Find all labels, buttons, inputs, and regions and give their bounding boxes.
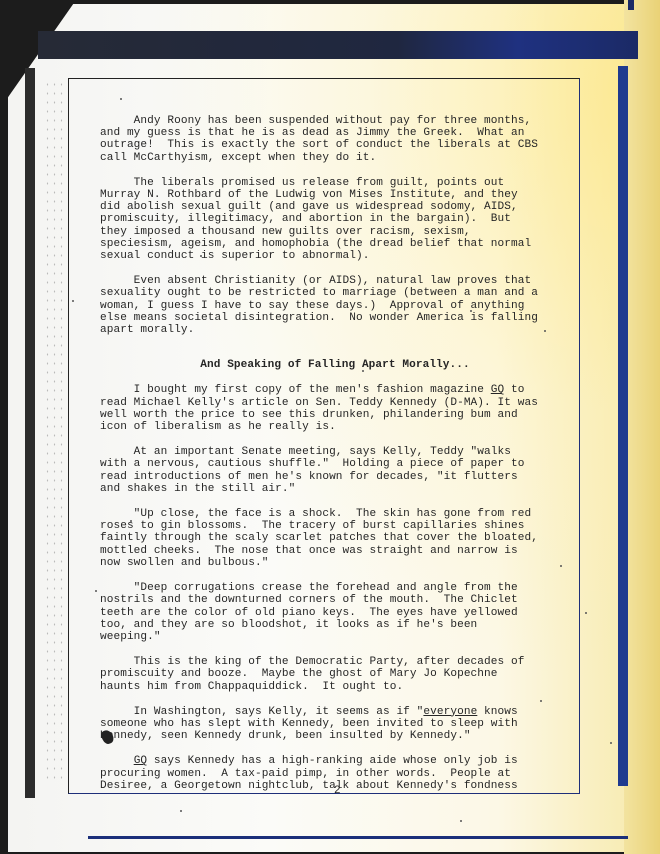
text-line: Kennedy, seen Kennedy drunk, been insult… <box>100 730 570 742</box>
photocopy-speck <box>610 742 612 744</box>
text-line: they imposed a thousand new guilts over … <box>100 226 570 238</box>
text-line: This is the king of the Democratic Party… <box>100 656 570 668</box>
paragraph-washington: In Washington, says Kelly, it seems as i… <box>100 706 570 743</box>
text-line: icon of liberalism as he really is. <box>100 421 570 433</box>
text-line: too, and they are so bloodshot, it looks… <box>100 619 570 631</box>
paragraph-corrugations: "Deep corrugations crease the forehead a… <box>100 582 570 643</box>
photocopy-speck <box>560 565 562 567</box>
paragraph-senate-meeting: At an important Senate meeting, says Kel… <box>100 446 570 495</box>
text-line: haunts him from Chappaquiddick. It ought… <box>100 681 570 693</box>
photocopy-speck <box>460 820 462 822</box>
paragraph-natural-law: Even absent Christianity (or AIDS), natu… <box>100 275 570 336</box>
text-line: did abolish sexual guilt (and gave us wi… <box>100 201 570 213</box>
page-number: 2 <box>334 785 341 797</box>
paragraphs-after-heading: I bought my first copy of the men's fash… <box>100 384 570 791</box>
photocopy-speck <box>544 330 546 332</box>
paper-edge-right <box>624 0 660 854</box>
scan-artifact-corner <box>628 0 634 10</box>
text-line: someone who has slept with Kennedy, been… <box>100 718 570 730</box>
photocopy-speck <box>130 520 132 522</box>
paragraphs-before-heading: Andy Roony has been suspended without pa… <box>100 115 570 336</box>
page-right-border-bar <box>618 66 628 786</box>
text-line: else means societal disintegration. No w… <box>100 312 570 324</box>
text-line: I bought my first copy of the men's fash… <box>100 384 570 396</box>
text-line: nostrils and the downturned corners of t… <box>100 594 570 606</box>
photocopy-noise <box>44 80 64 780</box>
text-line: call McCarthyism, except when they do it… <box>100 152 570 164</box>
text-line: well worth the price to see this drunken… <box>100 409 570 421</box>
text-line: and shakes in the still air." <box>100 483 570 495</box>
photocopy-speck <box>585 612 587 614</box>
photocopy-speck <box>72 300 74 302</box>
paragraph-gq-copy: I bought my first copy of the men's fash… <box>100 384 570 433</box>
page-bottom-border-rule <box>88 836 628 839</box>
paragraph-up-close: "Up close, the face is a shock. The skin… <box>100 508 570 569</box>
photocopy-speck <box>95 590 97 592</box>
text-line: outrage! This is exactly the sort of con… <box>100 139 570 151</box>
text-line: read introductions of men he's known for… <box>100 471 570 483</box>
text-line: read Michael Kelly's article on Sen. Ted… <box>100 397 570 409</box>
text-line: now swollen and bulbous." <box>100 557 570 569</box>
paragraph-king: This is the king of the Democratic Party… <box>100 656 570 693</box>
text-line: In Washington, says Kelly, it seems as i… <box>100 706 570 718</box>
text-line: GQ says Kennedy has a high-ranking aide … <box>100 755 570 767</box>
photocopy-speck <box>540 700 542 702</box>
photocopy-speck <box>120 98 122 100</box>
text-line: woman, I guess I have to say these days.… <box>100 300 570 312</box>
photocopy-speck <box>362 370 364 372</box>
photocopy-speck <box>470 310 472 312</box>
text-line: Murray N. Rothbard of the Ludwig von Mis… <box>100 189 570 201</box>
text-line: The liberals promised us release from gu… <box>100 177 570 189</box>
paragraph-rothbard: The liberals promised us release from gu… <box>100 177 570 262</box>
text-line: speciesism, ageism, and homophobia (the … <box>100 238 570 250</box>
text-line: procuring women. A tax-paid pimp, in oth… <box>100 768 570 780</box>
page-left-border-bar <box>25 68 35 798</box>
text-line: sexuality ought to be restricted to marr… <box>100 287 570 299</box>
text-line: Andy Roony has been suspended without pa… <box>100 115 570 127</box>
document-body: Andy Roony has been suspended without pa… <box>100 115 570 805</box>
text-line: "Deep corrugations crease the forehead a… <box>100 582 570 594</box>
section-heading: And Speaking of Falling Apart Morally... <box>100 359 570 371</box>
text-line: faintly through the scaly scarlet patche… <box>100 532 570 544</box>
page-top-border-bar <box>38 31 638 59</box>
photocopy-speck <box>180 810 182 812</box>
text-line: teeth are the color of old piano keys. T… <box>100 607 570 619</box>
text-line: and my guess is that he is as dead as Ji… <box>100 127 570 139</box>
text-line: promiscuity, illegitimacy, and abortion … <box>100 213 570 225</box>
text-line: sexual conduct is superior to abnormal). <box>100 250 570 262</box>
text-line: with a nervous, cautious shuffle." Holdi… <box>100 458 570 470</box>
text-line: promiscuity and booze. Maybe the ghost o… <box>100 668 570 680</box>
text-line: "Up close, the face is a shock. The skin… <box>100 508 570 520</box>
photocopy-speck <box>200 255 202 257</box>
text-line: At an important Senate meeting, says Kel… <box>100 446 570 458</box>
text-line: mottled cheeks. The nose that once was s… <box>100 545 570 557</box>
paragraph-roony: Andy Roony has been suspended without pa… <box>100 115 570 164</box>
text-line: weeping." <box>100 631 570 643</box>
text-line: apart morally. <box>100 324 570 336</box>
text-line: roses to gin blossoms. The tracery of bu… <box>100 520 570 532</box>
text-line: Even absent Christianity (or AIDS), natu… <box>100 275 570 287</box>
